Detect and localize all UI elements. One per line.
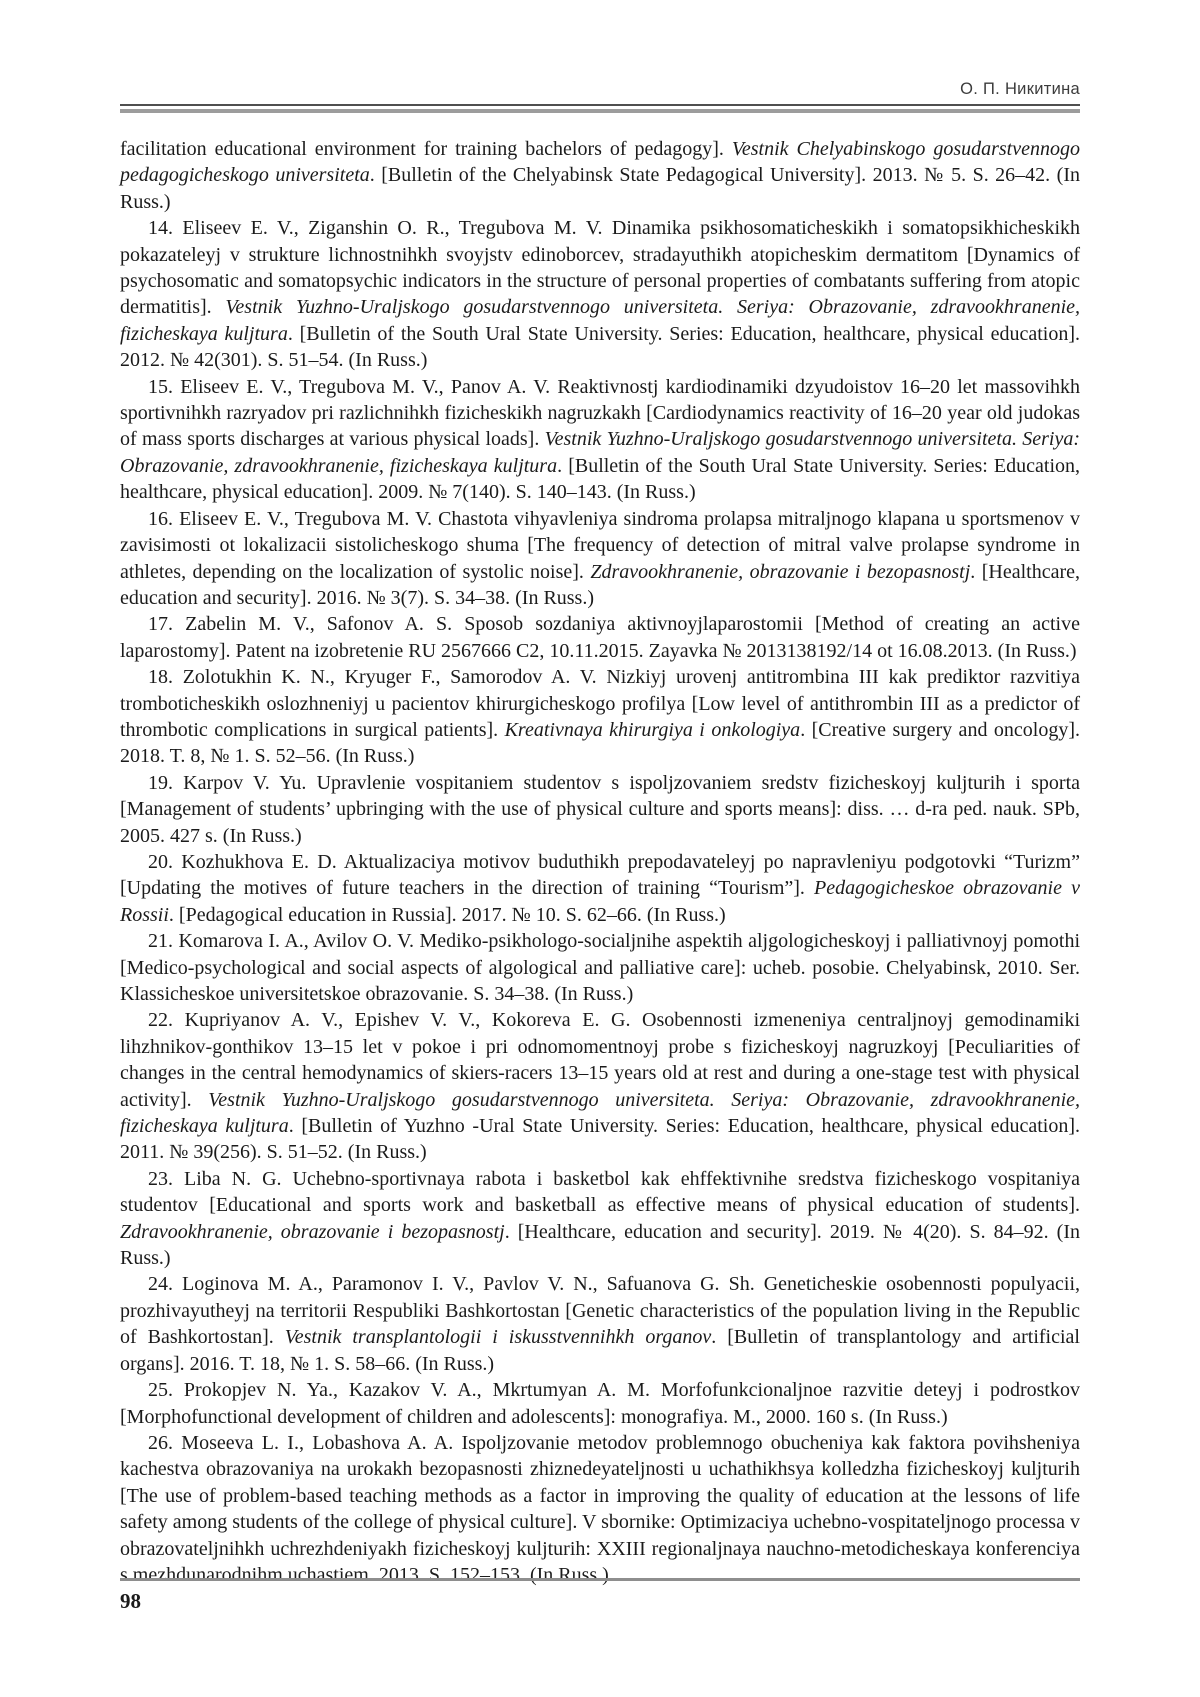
- reference-text: 23. Liba N. G. Uchebno-sportivnaya rabot…: [120, 1168, 1080, 1216]
- footer-rule: [120, 1578, 1080, 1581]
- reference-text: 21. Komarova I. A., Avilov O. V. Mediko-…: [120, 930, 1080, 1005]
- header-rule-bottom: [120, 109, 1080, 113]
- reference-item: 23. Liba N. G. Uchebno-sportivnaya rabot…: [120, 1166, 1080, 1272]
- reference-item: facilitation educational environment for…: [120, 136, 1080, 215]
- reference-item: 20. Kozhukhova E. D. Aktualizaciya motiv…: [120, 849, 1080, 928]
- reference-journal-title: Zdravookhranenie, obrazovanie i bezopasn…: [120, 1221, 505, 1243]
- reference-text: 25. Prokopjev N. Ya., Kazakov V. A., Mkr…: [120, 1379, 1080, 1427]
- reference-item: 15. Eliseev E. V., Tregubova M. V., Pano…: [120, 374, 1080, 506]
- reference-item: 21. Komarova I. A., Avilov O. V. Mediko-…: [120, 928, 1080, 1007]
- reference-item: 16. Eliseev E. V., Tregubova M. V. Chast…: [120, 506, 1080, 612]
- reference-journal-title: Kreativnaya khirurgiya i onkologiya: [505, 719, 801, 741]
- reference-item: 24. Loginova M. A., Paramonov I. V., Pav…: [120, 1271, 1080, 1377]
- reference-item: 14. Eliseev E. V., Ziganshin O. R., Treg…: [120, 215, 1080, 373]
- document-page: О. П. Никитина facilitation educational …: [0, 0, 1200, 1697]
- reference-text: 17. Zabelin M. V., Safonov A. S. Sposob …: [120, 613, 1080, 661]
- references-list: facilitation educational environment for…: [120, 136, 1080, 1588]
- reference-text: . [Pedagogical education in Russia]. 201…: [169, 904, 726, 926]
- reference-item: 25. Prokopjev N. Ya., Kazakov V. A., Mkr…: [120, 1377, 1080, 1430]
- reference-item: 17. Zabelin M. V., Safonov A. S. Sposob …: [120, 611, 1080, 664]
- reference-item: 22. Kupriyanov A. V., Epishev V. V., Kok…: [120, 1007, 1080, 1165]
- reference-item: 26. Moseeva L. I., Lobashova A. A. Ispol…: [120, 1430, 1080, 1588]
- header-double-rule: [120, 104, 1080, 113]
- page-footer: 98: [120, 1578, 1080, 1614]
- reference-text: 19. Karpov V. Yu. Upravlenie vospitaniem…: [120, 772, 1080, 847]
- reference-item: 19. Karpov V. Yu. Upravlenie vospitaniem…: [120, 770, 1080, 849]
- reference-text: 26. Moseeva L. I., Lobashova A. A. Ispol…: [120, 1432, 1080, 1586]
- running-head: О. П. Никитина: [120, 80, 1080, 99]
- reference-journal-title: Vestnik transplantologii i iskusstvennih…: [285, 1326, 712, 1348]
- reference-text: facilitation educational environment for…: [120, 138, 732, 160]
- reference-item: 18. Zolotukhin K. N., Kryuger F., Samoro…: [120, 664, 1080, 770]
- reference-journal-title: Zdravookhranenie, obrazovanie i bezopasn…: [590, 561, 970, 583]
- running-head-author: О. П. Никитина: [960, 80, 1080, 98]
- page-number: 98: [120, 1589, 1080, 1614]
